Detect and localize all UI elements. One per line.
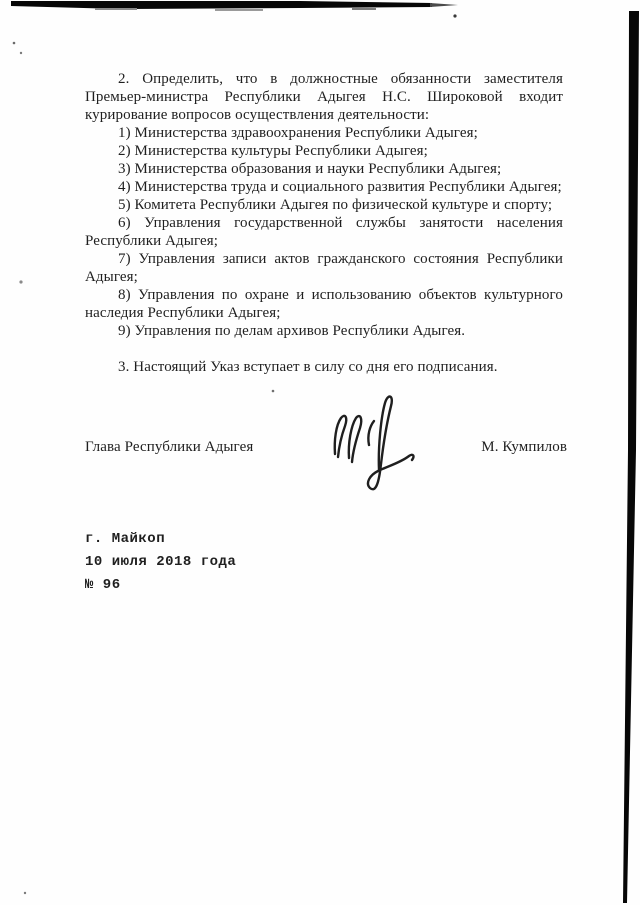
scan-artifact-top-bar-taper bbox=[430, 3, 458, 7]
issue-number: № 96 bbox=[85, 574, 236, 597]
scan-speck bbox=[13, 42, 16, 45]
text-line: Республики Адыгея; bbox=[85, 232, 563, 250]
scan-speck bbox=[272, 390, 275, 393]
list-item: 4) Министерства труда и социального разв… bbox=[85, 178, 563, 196]
scan-speck bbox=[24, 892, 26, 894]
text-line: Премьер-министра Республики Адыгея Н.С. … bbox=[85, 88, 563, 106]
document-body: 2. Определить, что в должностные обязанн… bbox=[85, 70, 563, 376]
issue-date: 10 июля 2018 года bbox=[85, 551, 236, 574]
text-line: курирование вопросов осуществления деяте… bbox=[85, 106, 563, 124]
scan-artifact-dash bbox=[352, 8, 376, 10]
list-item: 6) Управления государственной службы зан… bbox=[85, 214, 563, 232]
scan-artifact-top-bar bbox=[11, 1, 432, 9]
list-item: 1) Министерства здравоохранения Республи… bbox=[85, 124, 563, 142]
text-line: Адыгея; bbox=[85, 268, 563, 286]
list-item: 5) Комитета Республики Адыгея по физичес… bbox=[85, 196, 563, 214]
scan-artifact-dash bbox=[95, 8, 137, 10]
list-item: 9) Управления по делам архивов Республик… bbox=[85, 322, 563, 340]
issue-city: г. Майкоп bbox=[85, 528, 236, 551]
signatory-title: Глава Республики Адыгея bbox=[85, 438, 253, 456]
list-item: 2) Министерства культуры Республики Адыг… bbox=[85, 142, 563, 160]
document-page: 2. Определить, что в должностные обязанн… bbox=[0, 0, 640, 905]
handwritten-signature-icon bbox=[320, 392, 420, 498]
scan-speck bbox=[20, 52, 22, 54]
scan-artifact-right-bar bbox=[623, 11, 639, 903]
list-item: 7) Управления записи актов гражданского … bbox=[85, 250, 563, 268]
scan-artifact-dash bbox=[215, 9, 263, 11]
list-item: 3) Министерства образования и науки Респ… bbox=[85, 160, 563, 178]
text-line: 3. Настоящий Указ вступает в силу со дня… bbox=[85, 358, 563, 376]
list-item: 8) Управления по охране и использованию … bbox=[85, 286, 563, 304]
issue-details: г. Майкоп 10 июля 2018 года № 96 bbox=[85, 528, 236, 597]
scan-speck bbox=[19, 280, 22, 283]
text-line: наследия Республики Адыгея; bbox=[85, 304, 563, 322]
scan-speck bbox=[453, 14, 456, 17]
text-line: 2. Определить, что в должностные обязанн… bbox=[85, 70, 563, 88]
signatory-name: М. Кумпилов bbox=[481, 438, 567, 456]
